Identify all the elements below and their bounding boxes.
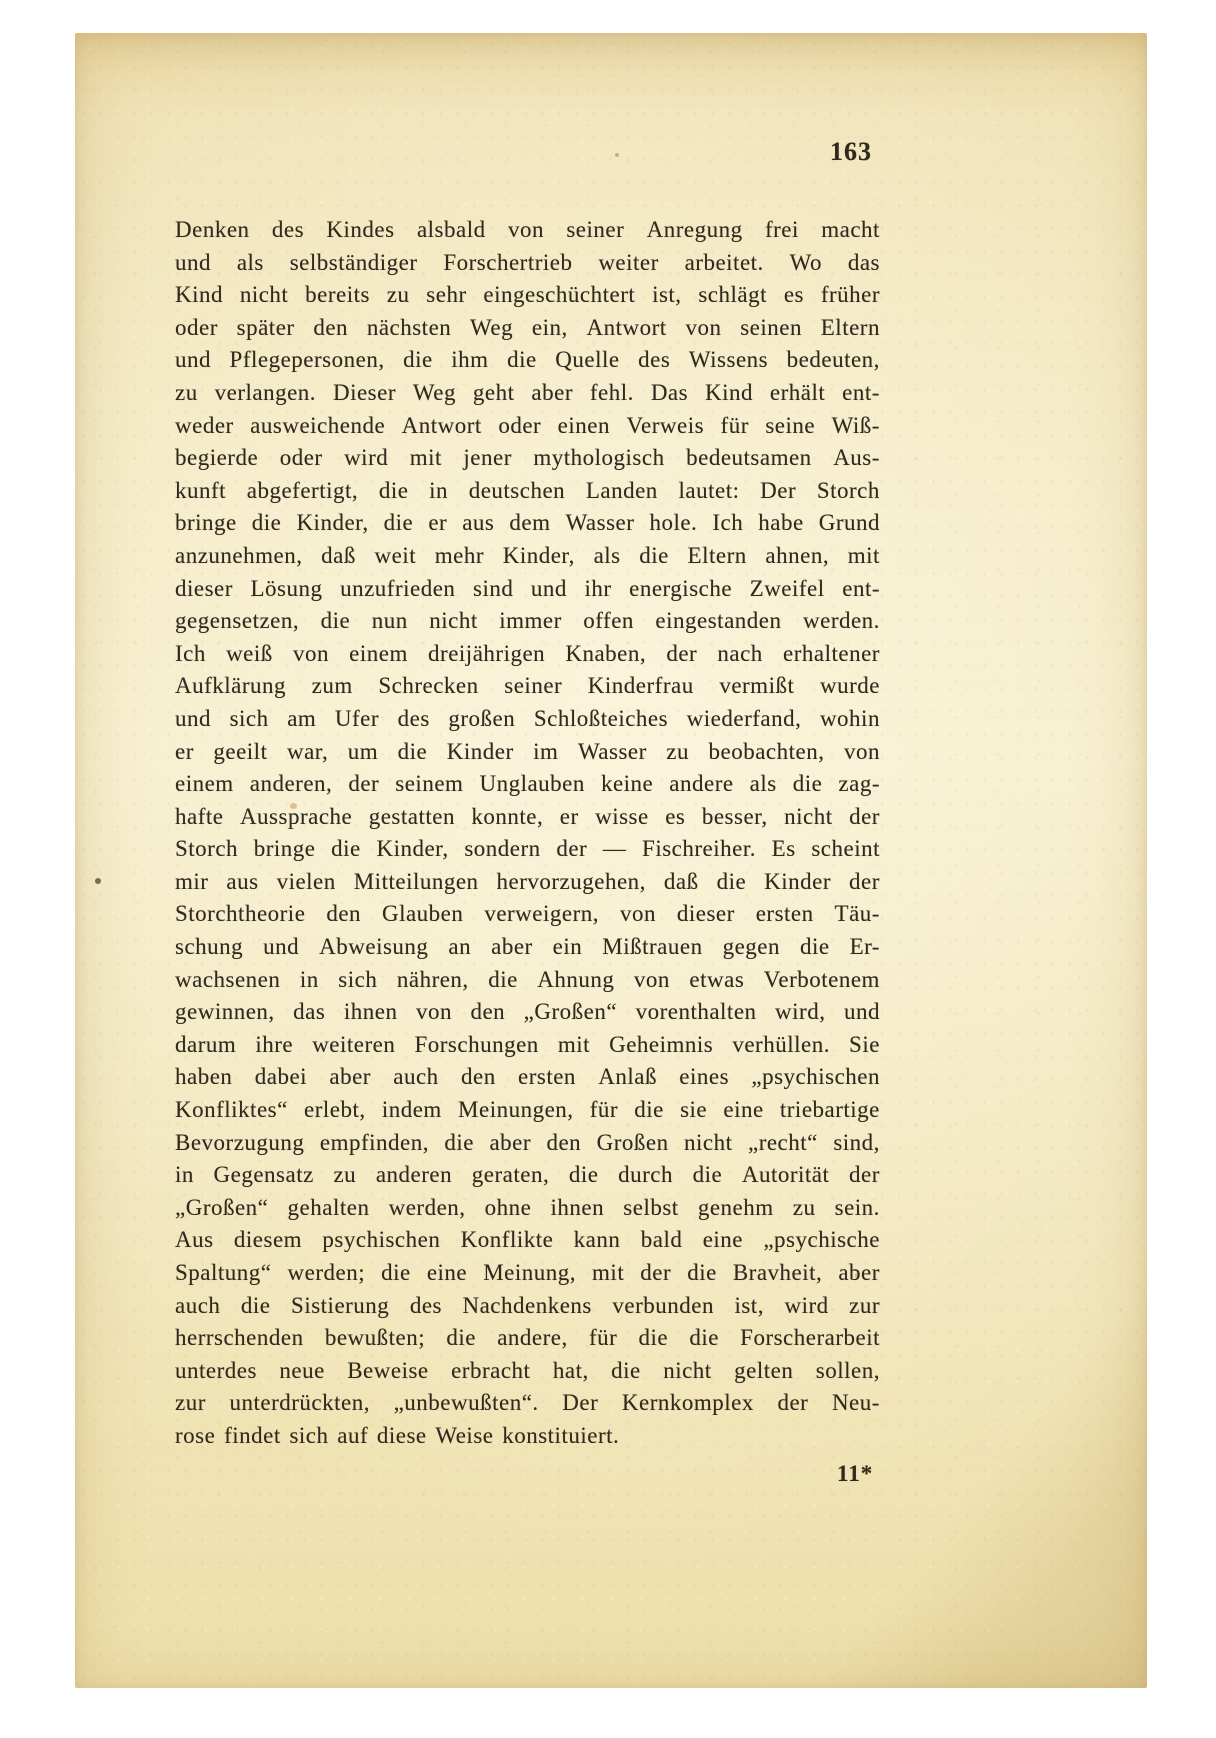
book-page: 163 DenkendesKindesalsbaldvonseinerAnreg… xyxy=(75,33,1147,1688)
page-number: 163 xyxy=(175,136,880,168)
text-line: StorchtheoriedenGlaubenverweigern,vondie… xyxy=(175,898,880,931)
signature-mark: 11* xyxy=(837,1461,873,1487)
text-line: ergeeiltwar,umdieKinderimWasserzubeobach… xyxy=(175,736,880,769)
scan-canvas: 163 DenkendesKindesalsbaldvonseinerAnreg… xyxy=(0,0,1216,1738)
text-line: habendabeiaberauchdenerstenAnlaßeines„ps… xyxy=(175,1061,880,1094)
text-line: darumihreweiterenForschungenmitGeheimnis… xyxy=(175,1029,880,1062)
text-line: Spaltung“werden;dieeineMeinung,mitderdie… xyxy=(175,1257,880,1290)
text-line: Bevorzugungempfinden,dieaberdenGroßennic… xyxy=(175,1127,880,1160)
text-line: herrschendenbewußten;dieandere,fürdiedie… xyxy=(175,1322,880,1355)
body-text: DenkendesKindesalsbaldvonseinerAnregungf… xyxy=(175,214,880,1453)
text-line: dieserLösungunzufriedensindundihrenergis… xyxy=(175,573,880,606)
text-line: begierdeoderwirdmitjenermythologischbede… xyxy=(175,442,880,475)
text-line: schungundAbweisunganabereinMißtrauengege… xyxy=(175,931,880,964)
text-line: undsichamUferdesgroßenSchloßteicheswiede… xyxy=(175,703,880,736)
text-line: einemanderen,derseinemUnglaubenkeineande… xyxy=(175,768,880,801)
text-line: rosefindetsichaufdieseWeisekonstituiert. xyxy=(175,1420,880,1453)
text-line: hafteAussprachegestattenkonnte,erwissees… xyxy=(175,801,880,834)
text-line: inGegensatzzuanderengeraten,diedurchdieA… xyxy=(175,1159,880,1192)
text-line: IchweißvoneinemdreijährigenKnaben,dernac… xyxy=(175,638,880,671)
text-line: AufklärungzumSchreckenseinerKinderfrauve… xyxy=(175,670,880,703)
text-line: StorchbringedieKinder,sondernder—Fischre… xyxy=(175,833,880,866)
text-line: zuverlangen.DieserWeggehtaberfehl.DasKin… xyxy=(175,377,880,410)
text-line: unterdesneueBeweiseerbrachthat,dienichtg… xyxy=(175,1355,880,1388)
text-line: undPflegepersonen,dieihmdieQuelledesWiss… xyxy=(175,344,880,377)
text-line: undalsselbständigerForschertriebweiterar… xyxy=(175,247,880,280)
text-line: „Großen“gehaltenwerden,ohneihnenselbstge… xyxy=(175,1192,880,1225)
text-line: gewinnen,dasihnenvonden„Großen“vorenthal… xyxy=(175,996,880,1029)
text-line: anzunehmen,daßweitmehrKinder,alsdieElter… xyxy=(175,540,880,573)
text-line: DenkendesKindesalsbaldvonseinerAnregungf… xyxy=(175,214,880,247)
text-line: oderspäterdennächstenWegein,Antwortvonse… xyxy=(175,312,880,345)
text-line: bringedieKinder,dieerausdemWasserhole.Ic… xyxy=(175,507,880,540)
text-line: gegensetzen,dienunnichtimmeroffeneingest… xyxy=(175,605,880,638)
text-line: Konfliktes“erlebt,indemMeinungen,fürdies… xyxy=(175,1094,880,1127)
text-line: Kindnichtbereitszusehreingeschüchtertist… xyxy=(175,279,880,312)
text-line: AusdiesempsychischenKonfliktekannbaldein… xyxy=(175,1224,880,1257)
paper-speck xyxy=(95,878,101,884)
text-line: mirausvielenMitteilungenhervorzugehen,da… xyxy=(175,866,880,899)
text-line: kunftabgefertigt,dieindeutschenLandenlau… xyxy=(175,475,880,508)
text-line: zurunterdrückten,„unbewußten“.DerKernkom… xyxy=(175,1387,880,1420)
text-line: wederausweichendeAntwortodereinenVerweis… xyxy=(175,410,880,443)
text-line: auchdieSistierungdesNachdenkensverbunden… xyxy=(175,1290,880,1323)
text-line: wachseneninsichnähren,dieAhnungvonetwasV… xyxy=(175,964,880,997)
